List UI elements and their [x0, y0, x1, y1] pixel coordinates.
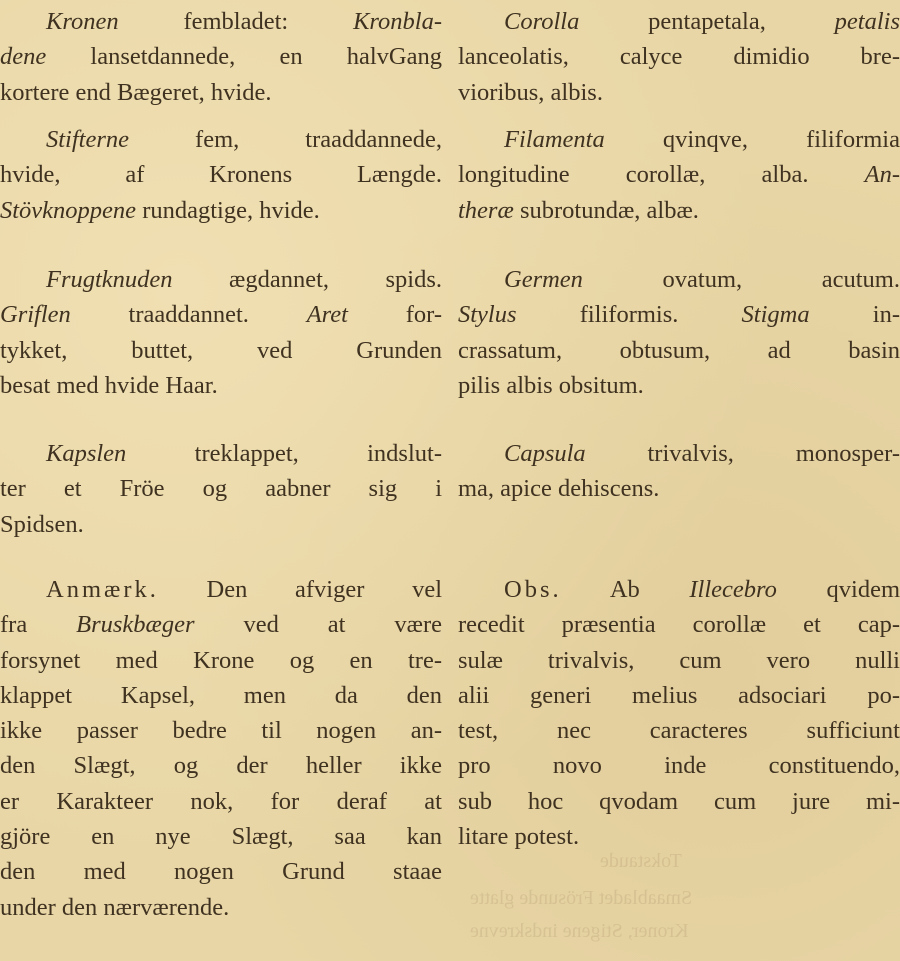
italic-term: Stigma: [742, 301, 810, 328]
text-line: longitudine corollæ, alba. An-: [458, 157, 900, 192]
text-run: sulæ trivalvis, cum vero nulli: [458, 647, 900, 674]
text-run: besat med hvide Haar.: [0, 372, 218, 399]
text-line: Filamenta qvinqve, filiformia: [458, 122, 900, 157]
text-run: lansetdannede, en halvGang: [46, 43, 442, 70]
text-run: for-: [348, 301, 442, 328]
text-run: test, nec caracteres sufficiunt: [458, 717, 900, 744]
italic-term: Filamenta: [504, 126, 605, 153]
text-run: ter et Fröe og aabner sig i: [0, 475, 442, 502]
italic-term: Bruskbæger: [76, 611, 194, 638]
text-line: lanceolatis, calyce dimidio bre-: [458, 39, 900, 74]
bleed-through-text: Kroner, Stigene indskrevne: [470, 920, 689, 943]
italic-term: Capsula: [504, 440, 586, 467]
text-run: pentapetala,: [579, 8, 834, 35]
text-line: alii generi melius adsociari po-: [458, 678, 900, 713]
text-run: Ab: [562, 576, 690, 603]
text-line: ma, apice dehiscens.: [458, 471, 900, 506]
text-run: klappet Kapsel, men da den: [0, 682, 442, 709]
latin-paragraph: Germen ovatum, acutum.Stylus filiformis.…: [458, 262, 900, 403]
danish-paragraph: Anmærk. Den afviger velfra Bruskbæger ve…: [0, 572, 442, 925]
text-line: Spidsen.: [0, 507, 442, 542]
text-run: qvidem: [777, 576, 900, 603]
italic-term: theræ: [458, 197, 514, 224]
text-run: gjöre en nye Slægt, saa kan: [0, 823, 442, 850]
text-run: trivalvis, monosper-: [586, 440, 900, 467]
italic-term: petalis: [835, 8, 900, 35]
text-line: er Karakteer nok, for deraf at: [0, 784, 442, 819]
text-run: ovatum, acutum.: [583, 266, 900, 293]
text-line: Corolla pentapetala, petalis: [458, 4, 900, 39]
text-run: traaddannet.: [71, 301, 307, 328]
text-line: crassatum, obtusum, ad basin: [458, 333, 900, 368]
text-line: den Slægt, og der heller ikke: [0, 748, 442, 783]
text-line: Stövknoppene rundagtige, hvide.: [0, 193, 442, 228]
text-line: pro novo inde constituendo,: [458, 748, 900, 783]
text-line: hvide, af Kronens Længde.: [0, 157, 442, 192]
italic-term: dene: [0, 43, 46, 70]
text-run: filiformis.: [517, 301, 742, 328]
text-run: den Slægt, og der heller ikke: [0, 752, 442, 779]
text-run: fembladet:: [119, 8, 353, 35]
italic-term: Frugtknuden: [46, 266, 173, 293]
italic-term: Kapslen: [46, 440, 126, 467]
italic-term: Germen: [504, 266, 583, 293]
text-line: klappet Kapsel, men da den: [0, 678, 442, 713]
bleed-through-text: Smaabladet Frösunde glatte: [470, 887, 692, 910]
text-run: fem, traaddannede,: [129, 126, 442, 153]
text-line: fra Bruskbæger ved at være: [0, 607, 442, 642]
text-run: hvide, af Kronens Længde.: [0, 161, 442, 188]
italic-term: Aret: [307, 301, 348, 328]
text-line: Kapslen treklappet, indslut-: [0, 436, 442, 471]
text-line: Griflen traaddannet. Aret for-: [0, 297, 442, 332]
text-line: vioribus, albis.: [458, 75, 900, 110]
text-run: Anmærk.: [46, 576, 159, 603]
danish-paragraph: Frugtknuden ægdannet, spids.Griflen traa…: [0, 262, 442, 403]
text-line: Capsula trivalvis, monosper-: [458, 436, 900, 471]
text-run: pro novo inde constituendo,: [458, 752, 900, 779]
italic-term: Illecebro: [689, 576, 777, 603]
text-run: tykket, buttet, ved Grunden: [0, 337, 442, 364]
text-line: test, nec caracteres sufficiunt: [458, 713, 900, 748]
text-run: qvinqve, filiformia: [605, 126, 900, 153]
text-run: lanceolatis, calyce dimidio bre-: [458, 43, 900, 70]
italic-term: An-: [865, 161, 900, 188]
text-line: den med nogen Grund staae: [0, 854, 442, 889]
text-line: besat med hvide Haar.: [0, 368, 442, 403]
text-line: Kronen fembladet: Kronbla-: [0, 4, 442, 39]
text-line: litare potest.: [458, 819, 900, 854]
text-run: longitudine corollæ, alba.: [458, 161, 865, 188]
text-line: recedit præsentia corollæ et cap-: [458, 607, 900, 642]
text-line: theræ subrotundæ, albæ.: [458, 193, 900, 228]
text-line: Frugtknuden ægdannet, spids.: [0, 262, 442, 297]
italic-term: Kronen: [46, 8, 119, 35]
text-run: er Karakteer nok, for deraf at: [0, 788, 442, 815]
text-run: Obs.: [504, 576, 562, 603]
italic-term: Griflen: [0, 301, 71, 328]
latin-paragraph: Capsula trivalvis, monosper-ma, apice de…: [458, 436, 900, 507]
text-run: fra: [0, 611, 76, 638]
danish-paragraph: Kronen fembladet: Kronbla-dene lansetdan…: [0, 4, 442, 110]
text-run: ikke passer bedre til nogen an-: [0, 717, 442, 744]
italic-term: Stylus: [458, 301, 517, 328]
book-page: Tokstaude Smaabladet Frösunde glatte Kro…: [0, 0, 900, 961]
text-line: Stylus filiformis. Stigma in-: [458, 297, 900, 332]
danish-paragraph: Stifterne fem, traaddannede,hvide, af Kr…: [0, 122, 442, 228]
text-line: under den nærværende.: [0, 890, 442, 925]
text-run: vioribus, albis.: [458, 79, 603, 106]
text-line: Anmærk. Den afviger vel: [0, 572, 442, 607]
latin-paragraph: Filamenta qvinqve, filiformialongitudine…: [458, 122, 900, 228]
text-line: ter et Fröe og aabner sig i: [0, 471, 442, 506]
text-run: kortere end Bægeret, hvide.: [0, 79, 271, 106]
latin-paragraph: Corolla pentapetala, petalislanceolatis,…: [458, 4, 900, 110]
text-line: pilis albis obsitum.: [458, 368, 900, 403]
text-run: in-: [810, 301, 900, 328]
text-run: subrotundæ, albæ.: [514, 197, 699, 224]
text-line: Germen ovatum, acutum.: [458, 262, 900, 297]
danish-paragraph: Kapslen treklappet, indslut-ter et Fröe …: [0, 436, 442, 542]
text-run: crassatum, obtusum, ad basin: [458, 337, 900, 364]
text-run: Spidsen.: [0, 511, 84, 538]
text-run: litare potest.: [458, 823, 579, 850]
italic-term: Stövknoppene: [0, 197, 136, 224]
italic-term: Kronbla-: [353, 8, 442, 35]
text-line: tykket, buttet, ved Grunden: [0, 333, 442, 368]
text-run: sub hoc qvodam cum jure mi-: [458, 788, 900, 815]
text-line: dene lansetdannede, en halvGang: [0, 39, 442, 74]
text-run: ved at være: [195, 611, 442, 638]
text-run: ægdannet, spids.: [173, 266, 442, 293]
text-run: Den afviger vel: [159, 576, 442, 603]
text-line: kortere end Bægeret, hvide.: [0, 75, 442, 110]
text-line: forsynet med Krone og en tre-: [0, 643, 442, 678]
text-run: treklappet, indslut-: [126, 440, 442, 467]
text-run: ma, apice dehiscens.: [458, 475, 659, 502]
text-run: forsynet med Krone og en tre-: [0, 647, 442, 674]
text-run: recedit præsentia corollæ et cap-: [458, 611, 900, 638]
italic-term: Stifterne: [46, 126, 129, 153]
text-run: den med nogen Grund staae: [0, 858, 442, 885]
latin-paragraph: Obs. Ab Illecebro qvidemrecedit præsenti…: [458, 572, 900, 854]
text-line: gjöre en nye Slægt, saa kan: [0, 819, 442, 854]
text-line: Stifterne fem, traaddannede,: [0, 122, 442, 157]
text-line: sulæ trivalvis, cum vero nulli: [458, 643, 900, 678]
text-line: ikke passer bedre til nogen an-: [0, 713, 442, 748]
text-line: Obs. Ab Illecebro qvidem: [458, 572, 900, 607]
text-run: under den nærværende.: [0, 894, 229, 921]
italic-term: Corolla: [504, 8, 579, 35]
text-run: rundagtige, hvide.: [136, 197, 320, 224]
text-line: sub hoc qvodam cum jure mi-: [458, 784, 900, 819]
text-run: pilis albis obsitum.: [458, 372, 644, 399]
text-run: alii generi melius adsociari po-: [458, 682, 900, 709]
